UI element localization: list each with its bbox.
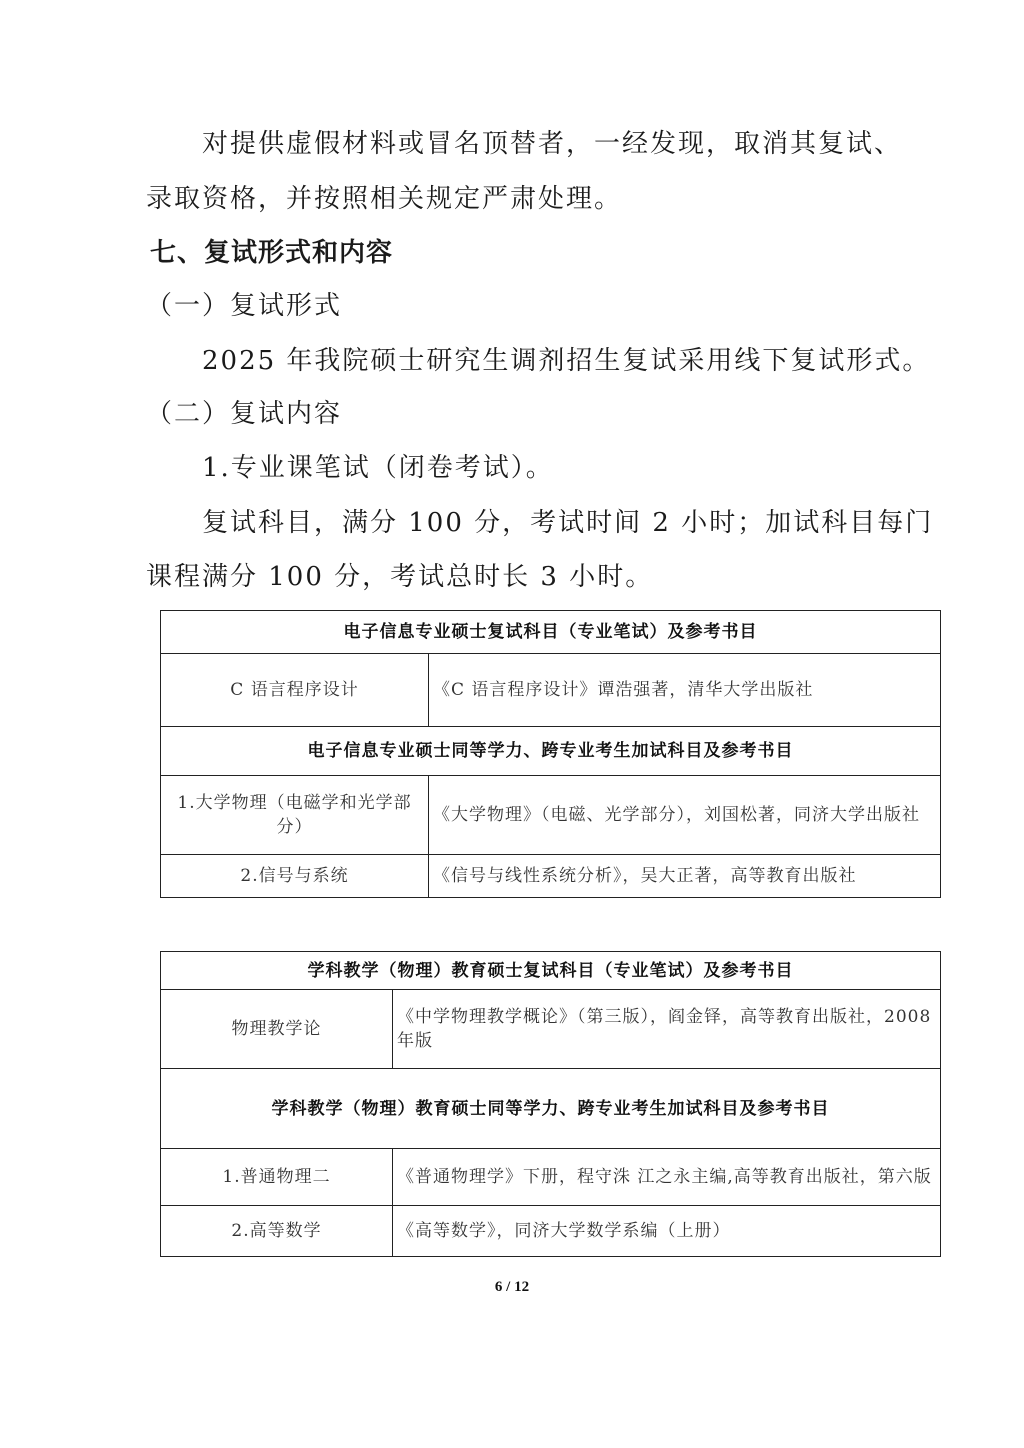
paragraph-line: 复试科目，满分 100 分，考试时间 2 小时；加试科目每门 <box>202 510 992 536</box>
reference-book-cell: 《信号与线性系统分析》，吴大正著，高等教育出版社 <box>429 855 941 898</box>
table-row: 2.信号与系统 《信号与线性系统分析》，吴大正著，高等教育出版社 <box>161 855 941 898</box>
reference-book-cell: 《C 语言程序设计》谭浩强著，清华大学出版社 <box>429 654 941 727</box>
table-header: 学科教学（物理）教育硕士同等学力、跨专业考生加试科目及参考书目 <box>161 1069 941 1149</box>
physics-education-subjects-table: 学科教学（物理）教育硕士复试科目（专业笔试）及参考书目 物理教学论 《中学物理教… <box>160 951 941 1257</box>
table-header: 电子信息专业硕士同等学力、跨专业考生加试科目及参考书目 <box>161 727 941 776</box>
paragraph-line: 对提供虚假材料或冒名顶替者，一经发现，取消其复试、 <box>202 131 992 157</box>
subsection-heading: （二）复试内容 <box>146 401 936 427</box>
paragraph-line: 录取资格，并按照相关规定严肃处理。 <box>146 186 936 212</box>
subject-cell: 2.信号与系统 <box>161 855 429 898</box>
electronic-info-subjects-table: 电子信息专业硕士复试科目（专业笔试）及参考书目 C 语言程序设计 《C 语言程序… <box>160 610 941 898</box>
paragraph-line: 课程满分 100 分，考试总时长 3 小时。 <box>146 564 936 590</box>
page-number: 6 / 12 <box>0 1279 1024 1296</box>
table-header: 学科教学（物理）教育硕士复试科目（专业笔试）及参考书目 <box>161 952 941 990</box>
table-row: C 语言程序设计 《C 语言程序设计》谭浩强著，清华大学出版社 <box>161 654 941 727</box>
reference-book-cell: 《普通物理学》下册，程守洙 江之永主编,高等教育出版社，第六版 <box>393 1149 941 1206</box>
subject-cell: 1.普通物理二 <box>161 1149 393 1206</box>
section-heading: 七、复试形式和内容 <box>150 240 940 266</box>
subject-cell: 2.高等数学 <box>161 1206 393 1257</box>
subject-cell: 物理教学论 <box>161 990 393 1069</box>
table-row: 2.高等数学 《高等数学》，同济大学数学系编（上册） <box>161 1206 941 1257</box>
table-header: 电子信息专业硕士复试科目（专业笔试）及参考书目 <box>161 611 941 654</box>
table-row: 1.普通物理二 《普通物理学》下册，程守洙 江之永主编,高等教育出版社，第六版 <box>161 1149 941 1206</box>
reference-book-cell: 《高等数学》，同济大学数学系编（上册） <box>393 1206 941 1257</box>
subject-cell: C 语言程序设计 <box>161 654 429 727</box>
subject-cell: 1.大学物理（电磁学和光学部分） <box>161 776 429 855</box>
table-row: 1.大学物理（电磁学和光学部分） 《大学物理》（电磁、光学部分），刘国松著，同济… <box>161 776 941 855</box>
paragraph-line: 2025 年我院硕士研究生调剂招生复试采用线下复试形式。 <box>202 348 992 374</box>
reference-book-cell: 《中学物理教学概论》（第三版），阎金铎，高等教育出版社，2008 年版 <box>393 990 941 1069</box>
table-row: 物理教学论 《中学物理教学概论》（第三版），阎金铎，高等教育出版社，2008 年… <box>161 990 941 1069</box>
list-item: 1.专业课笔试（闭卷考试）。 <box>202 455 992 481</box>
subsection-heading: （一）复试形式 <box>146 293 936 319</box>
reference-book-cell: 《大学物理》（电磁、光学部分），刘国松著，同济大学出版社 <box>429 776 941 855</box>
